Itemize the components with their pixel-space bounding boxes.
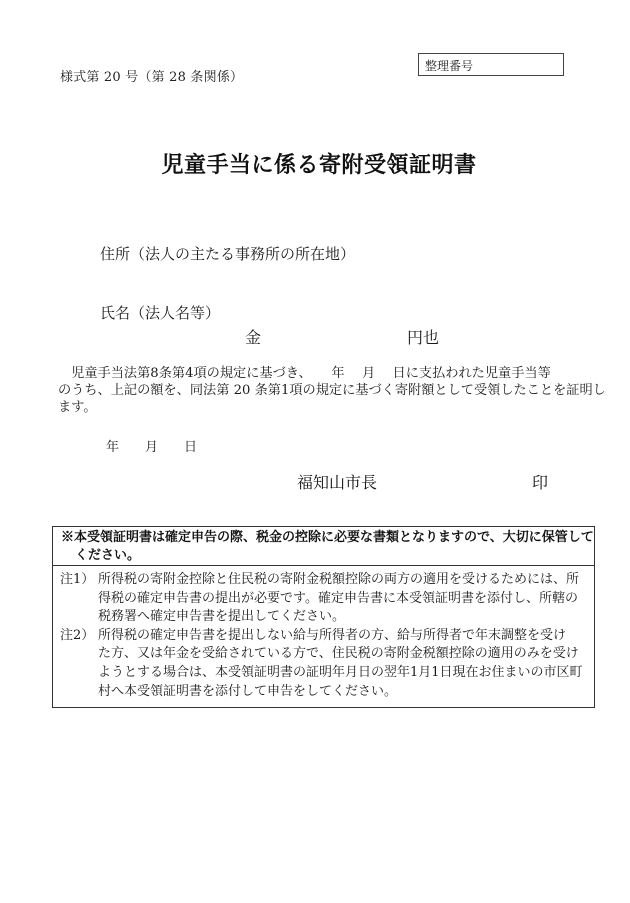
note-label: 注1）: [60, 571, 98, 590]
name-label: 氏名（法人名等）: [100, 302, 220, 323]
notice-box: ※本受領証明書は確定申告の際、税金の控除に必要な書類となりますので、大切に保管し…: [52, 526, 595, 708]
registration-number-label: 整理番号: [425, 57, 473, 74]
note-label: 注2）: [60, 627, 98, 646]
issuer-name: 福知山市長: [297, 470, 377, 493]
note-line: 所得税の確定申告書を提出しない給与所得者の方、給与所得者で年末調整を受け: [98, 627, 583, 646]
note-line: 税務署へ確定申告書を提出してください。: [98, 608, 579, 627]
date-year: 年: [106, 436, 119, 455]
notice-heading-line: ※本受領証明書は確定申告の際、税金の控除に必要な書類となりますので、大切に保管し…: [61, 529, 588, 547]
address-label: 住所（法人の主たる事務所の所在地）: [100, 243, 355, 264]
seal-mark: 印: [532, 470, 548, 493]
registration-number-box[interactable]: 整理番号: [418, 53, 564, 76]
notice-heading-line: ください。: [61, 547, 588, 565]
certification-date: 年月日: [106, 436, 197, 455]
date-month: 月: [145, 436, 158, 455]
form-number: 様式第 20 号（第 28 条関係）: [60, 66, 243, 85]
note-text: 所得税の寄附金控除と住民税の寄附金税額控除の両方の適用を受けるためには、所 得税…: [98, 571, 579, 627]
statement-line: 児童手当法第8条第4項の規定に基づき、 年 月 日に支払われた児童手当等: [58, 365, 588, 382]
statement-line: ます。: [58, 399, 588, 416]
note-line: 得税の確定申告書の提出が必要です。確定申告書に本受領証明書を添付し、所轄の: [98, 590, 579, 609]
note-line: ようとする場合は、本受領証明書の証明年月日の翌年1月1日現在お住まいの市区町: [98, 664, 583, 683]
amount-suffix: 円也: [407, 325, 439, 348]
notes-list: 注1） 所得税の寄附金控除と住民税の寄附金税額控除の両方の適用を受けるためには、…: [53, 567, 594, 701]
note-line: 村へ本受領証明書を添付して申告をしてください。: [98, 683, 583, 702]
certification-statement: 児童手当法第8条第4項の規定に基づき、 年 月 日に支払われた児童手当等 のうち…: [58, 365, 588, 416]
note-item: 注1） 所得税の寄附金控除と住民税の寄附金税額控除の両方の適用を受けるためには、…: [60, 571, 588, 627]
document-title: 児童手当に係る寄附受領証明書: [0, 148, 630, 179]
note-line: た方、又は年金を受給されている方で、住民税の寄附金税額控除の適用のみを受け: [98, 645, 583, 664]
note-item: 注2） 所得税の確定申告書を提出しない給与所得者の方、給与所得者で年末調整を受け…: [60, 627, 588, 701]
date-day: 日: [184, 436, 197, 455]
note-text: 所得税の確定申告書を提出しない給与所得者の方、給与所得者で年末調整を受け た方、…: [98, 627, 583, 701]
note-line: 所得税の寄附金控除と住民税の寄附金税額控除の両方の適用を受けるためには、所: [98, 571, 579, 590]
amount-prefix: 金: [245, 325, 261, 348]
statement-line: のうち、上記の額を、同法第 20 条第1項の規定に基づく寄附額として受領したこと…: [58, 382, 588, 399]
notice-heading: ※本受領証明書は確定申告の際、税金の控除に必要な書類となりますので、大切に保管し…: [53, 527, 594, 566]
